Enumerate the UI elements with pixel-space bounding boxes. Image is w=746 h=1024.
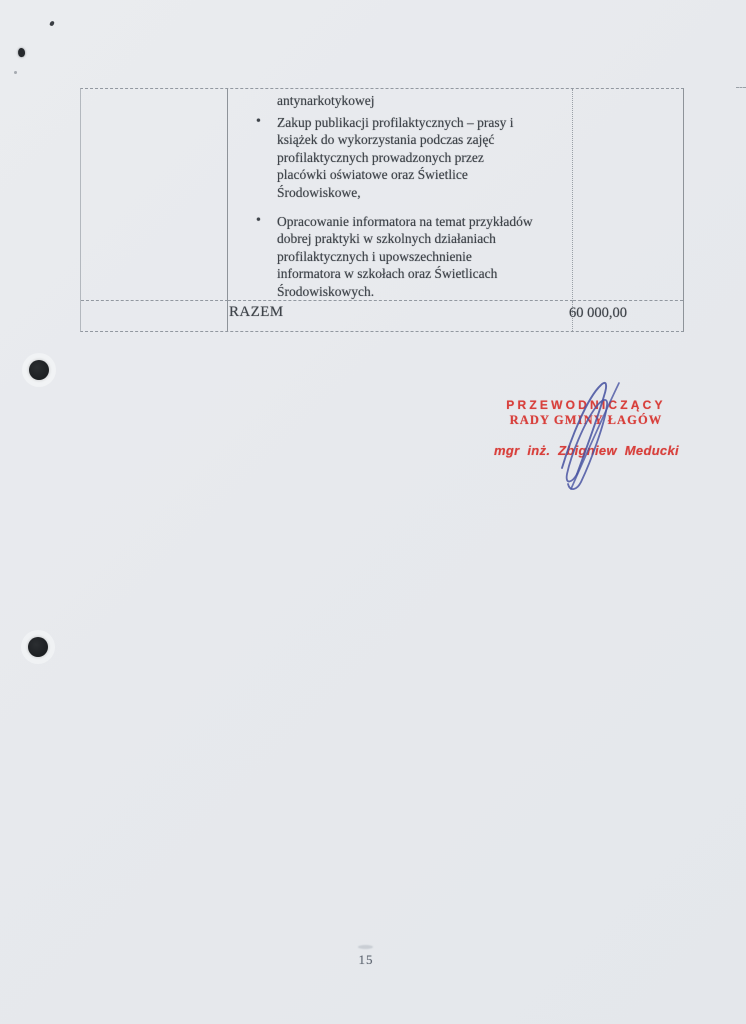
bullet-line: profilaktycznych i upowszechnienie: [277, 248, 564, 266]
summary-label: RAZEM: [228, 301, 572, 321]
bullet-line: placówki oświatowe oraz Świetlice: [277, 166, 564, 184]
bullet-line: Środowiskowych.: [277, 283, 564, 301]
bullet-item: • Opracowanie informatora na temat przyk…: [253, 213, 564, 301]
bullet-line: Zakup publikacji profilaktycznych – pras…: [277, 114, 564, 132]
page-number: 15: [0, 952, 732, 968]
ink-speck: [14, 71, 17, 74]
ink-speck: [17, 47, 26, 57]
table-cell-left-empty: [81, 89, 228, 301]
summary-value: 60 000,00: [569, 301, 683, 322]
content-table: antynarkotykowej • Zakup publikacji prof…: [80, 88, 684, 332]
handwritten-signature: [540, 376, 635, 498]
table-cell-summary-left: [81, 301, 228, 331]
hole-punch-dot-bottom: [28, 637, 48, 657]
hole-punch-dot-top: [29, 360, 49, 380]
table-cell-summary-value: 60 000,00: [573, 301, 683, 331]
scan-artifact-dash: [736, 87, 746, 88]
bullet-list: • Zakup publikacji profilaktycznych – pr…: [253, 114, 564, 301]
ink-speck: [49, 20, 55, 26]
bullet-icon: •: [256, 113, 261, 131]
bullet-line: Środowiskowe,: [277, 184, 564, 202]
table-cell-summary-label: RAZEM: [228, 301, 573, 331]
scanned-document-page: antynarkotykowej • Zakup publikacji prof…: [0, 0, 746, 1024]
table-cell-amount-empty: [573, 89, 683, 301]
bullet-line: Opracowanie informatora na temat przykła…: [277, 213, 564, 231]
bullet-item: • Zakup publikacji profilaktycznych – pr…: [253, 114, 564, 202]
bullet-line: informatora w szkołach oraz Świetlicach: [277, 265, 564, 283]
bullet-line: profilaktycznych prowadzonych przez: [277, 149, 564, 167]
bullet-icon: •: [256, 212, 261, 230]
table-cell-activities: antynarkotykowej • Zakup publikacji prof…: [228, 89, 573, 301]
bullet-line: dobrej praktyki w szkolnych działaniach: [277, 230, 564, 248]
continuation-text: antynarkotykowej: [277, 92, 564, 110]
scan-smudge: [358, 945, 373, 949]
bullet-line: książek do wykorzystania podczas zajęć: [277, 131, 564, 149]
